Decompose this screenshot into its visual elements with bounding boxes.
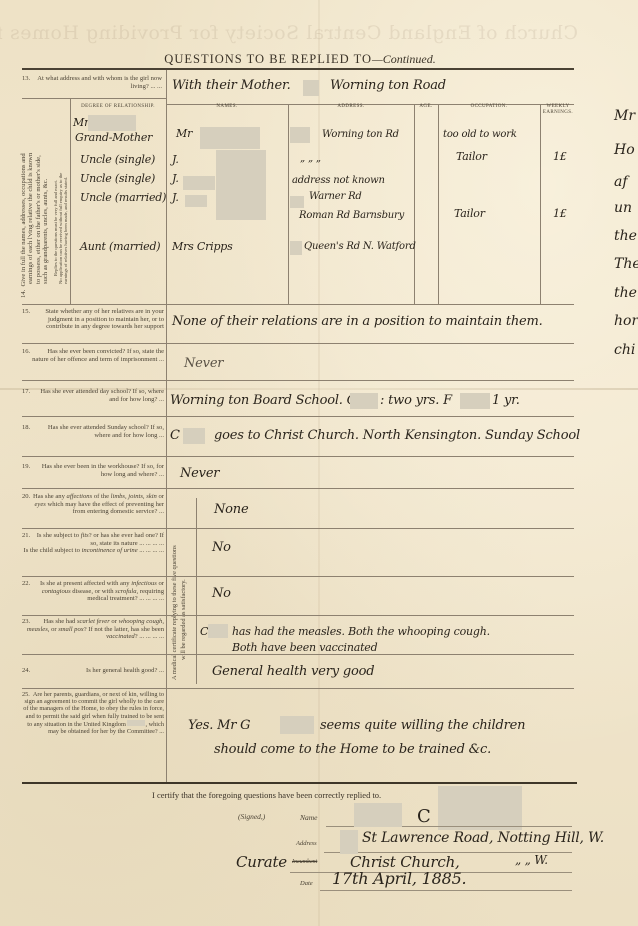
- question-22: 22. Is she at present affected with any …: [22, 580, 164, 603]
- row-3-relationship: Uncle (single): [80, 172, 155, 185]
- redaction: [290, 241, 302, 255]
- signed-label: (Signed,): [238, 812, 265, 821]
- answer-15: None of their relations are in a positio…: [172, 314, 543, 329]
- row-rule: [22, 576, 574, 577]
- row-4-address: Warner Rd: [309, 191, 362, 202]
- question-14: 14. Give in full the names, addresses, o…: [20, 153, 50, 298]
- row-2-name: J.: [172, 153, 179, 166]
- row-1-occupation: too old to work: [443, 129, 517, 140]
- form-end-rule: [22, 782, 577, 784]
- row-6-address: Queen's Rd N. Watford: [304, 241, 416, 252]
- date-value: 17th April, 1885.: [332, 869, 466, 888]
- question-18: 18. Has she ever attended Sunday school?…: [22, 424, 164, 439]
- redaction: [200, 127, 260, 149]
- answer-25-line1-b: seems quite willing the children: [320, 718, 525, 733]
- margin-note-line-5: the: [614, 228, 637, 244]
- answer-25-line2: should come to the Home to be trained &c…: [214, 742, 491, 757]
- row-5-occupation: Tailor: [454, 207, 485, 220]
- row-3-name: J.: [172, 172, 179, 185]
- row-1-name: Mr: [176, 127, 192, 140]
- answer-17-part3: 1 yr.: [492, 393, 520, 408]
- redaction: [183, 176, 215, 190]
- row-rule: [22, 488, 574, 489]
- margin-note-line-8: hor: [614, 313, 638, 329]
- redaction: [185, 195, 207, 207]
- answer-18-part1: C: [170, 428, 180, 443]
- row-2-earnings: 1£: [553, 150, 567, 163]
- redaction: [183, 428, 205, 444]
- row-5-address: Roman Rd Barnsbury: [299, 210, 404, 221]
- redaction: [216, 150, 266, 220]
- page-title: QUESTIONS TO BE REPLIED TO—Continued.: [0, 52, 600, 67]
- redaction: [303, 80, 319, 96]
- answer-25-line1-a: Yes. Mr G: [188, 718, 250, 733]
- answer-23-part2: has had the measles. Both the whooping c…: [232, 625, 490, 638]
- role-struck-label: Incumbent: [292, 859, 317, 865]
- answer-13-part2: Worning ton Road: [330, 78, 446, 93]
- row-rule: [22, 343, 574, 344]
- row-4-relationship: Uncle (married): [80, 191, 166, 204]
- margin-note-line-3: af: [614, 174, 628, 190]
- header-weekly-earnings: Weekly Earnings.: [540, 104, 576, 116]
- redaction: [460, 393, 490, 409]
- row-rule: [22, 528, 574, 529]
- redaction: [290, 196, 304, 208]
- redaction: [127, 720, 145, 726]
- medical-certificate-note: A medical certificate replying to these …: [170, 545, 188, 682]
- redaction: [208, 624, 228, 638]
- question-23: 23. Has she had scarlet fever or whoopin…: [22, 618, 164, 641]
- answer-21: No: [212, 540, 231, 555]
- reverse-side-bleed-through: Church of England Central Society for Pr…: [18, 22, 578, 44]
- role: Curate: [236, 853, 287, 871]
- row-rule: [22, 98, 167, 99]
- answer-17-part1: Worning ton Board School. C: [170, 393, 356, 408]
- row-3-address: address not known: [292, 175, 385, 186]
- answer-17-part2: : two yrs. F: [380, 393, 452, 408]
- redaction: [438, 786, 522, 830]
- answer-23-line2: Both have been vaccinated: [232, 641, 377, 654]
- question-14-note: Replies to the questions must be very fu…: [53, 173, 69, 298]
- answer-23-part1: C: [200, 625, 208, 638]
- margin-note-line-2: Ho: [614, 142, 635, 158]
- row-rule: [22, 654, 574, 655]
- row-1-relationship: Grand-Mother: [75, 131, 152, 144]
- paper-fold-vertical: [318, 0, 320, 926]
- row-4-name: J.: [172, 191, 179, 204]
- margin-note-line-1: Mr: [614, 108, 635, 124]
- address-column-divider: [414, 104, 415, 304]
- document-page: Church of England Central Society for Pr…: [0, 0, 638, 926]
- question-21: 21. Is she subject to fits? or has she e…: [22, 532, 164, 555]
- header-names: Names.: [166, 104, 288, 109]
- margin-note-line-9: chi: [614, 342, 635, 358]
- margin-note-line-4: un: [614, 200, 632, 216]
- question-17: 17. Has she ever attended day school? If…: [22, 388, 164, 403]
- redaction: [280, 716, 314, 734]
- header-occupation: Occupation.: [438, 104, 540, 109]
- answer-13-part1: With their Mother.: [172, 78, 291, 93]
- row-0-relationship: Mr: [73, 116, 89, 129]
- answer-19: Never: [180, 466, 219, 481]
- address-label: Address: [296, 840, 317, 847]
- address-line2-ditto: „ „ W.: [515, 853, 548, 867]
- answer-24: General health very good: [212, 664, 374, 679]
- question-19: 19. Has she ever been in the workhouse? …: [22, 463, 164, 478]
- occupation-column-divider: [540, 104, 541, 304]
- question-13: 13. At what address and with whom is the…: [22, 75, 162, 90]
- medical-column-divider: [196, 498, 197, 684]
- row-rule: [22, 380, 574, 381]
- question-25: 25. Are her parents, guardians, or next …: [22, 691, 164, 735]
- row-5-earnings: 1£: [553, 207, 567, 220]
- date-line: [320, 890, 572, 891]
- row-6-name: Mrs Cripps: [172, 240, 233, 253]
- row-2-occupation: Tailor: [456, 150, 487, 163]
- date-label: Date: [300, 880, 313, 887]
- redaction: [350, 393, 378, 409]
- certification-statement: I certify that the foregoing questions h…: [152, 790, 381, 800]
- relationship-column-left: [70, 98, 71, 304]
- redaction: [354, 803, 402, 827]
- header-relationship: Degree of Relationship.: [70, 104, 166, 109]
- answer-20: None: [214, 502, 248, 517]
- row-rule: [22, 688, 574, 689]
- redaction: [340, 830, 358, 854]
- age-column-divider: [438, 104, 439, 304]
- row-2-address: „ „ „: [300, 153, 321, 164]
- row-rule: [22, 456, 574, 457]
- margin-note-line-7: the: [614, 285, 637, 301]
- name-label: Name: [300, 813, 318, 822]
- answer-16: Never: [184, 356, 223, 371]
- question-column-divider: [166, 70, 167, 784]
- row-rule: [22, 615, 574, 616]
- question-24: 24. Is her general health good? ...: [22, 667, 164, 675]
- question-15: 15. State whether any of her relatives a…: [22, 308, 164, 331]
- redaction: [88, 115, 136, 131]
- row-2-relationship: Uncle (single): [80, 153, 155, 166]
- address-line1: St Lawrence Road, Notting Hill, W.: [362, 830, 604, 846]
- row-6-relationship: Aunt (married): [80, 240, 160, 253]
- name-value: C: [417, 806, 431, 827]
- row-rule: [22, 416, 574, 417]
- header-age: Age.: [414, 104, 438, 109]
- question-20: 20. Has she any affections of the limbs,…: [22, 493, 164, 516]
- margin-note-line-6: The: [614, 256, 638, 272]
- question-16: 16. Has she ever been convicted? If so, …: [22, 348, 164, 363]
- row-rule: [22, 304, 574, 305]
- answer-18-part2: goes to Christ Church. North Kensington.…: [214, 428, 580, 443]
- title-rule: [22, 68, 574, 70]
- row-1-address: Worning ton Rd: [322, 129, 399, 140]
- redaction: [290, 127, 310, 143]
- answer-22: No: [212, 586, 231, 601]
- names-column-divider: [288, 104, 289, 304]
- header-address: Address.: [288, 104, 414, 109]
